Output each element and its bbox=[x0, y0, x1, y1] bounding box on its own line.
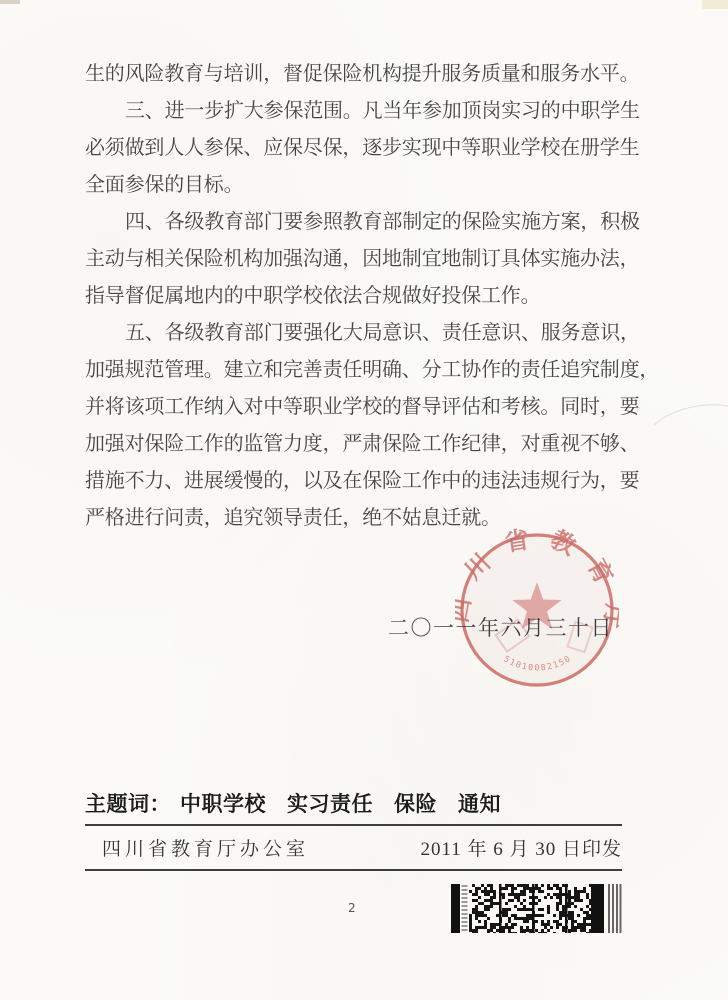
scan-artifact-top-right bbox=[702, 0, 728, 9]
scanned-document-page: 生的风险教育与培训，督促保险机构提升服务质量和服务水平。 三、进一步扩大参保范围… bbox=[0, 0, 728, 1000]
text-line: 主动与相关保险机构加强沟通，因地制宜地制订具体实施办法， bbox=[85, 241, 622, 278]
separator-rule-bottom bbox=[85, 869, 622, 871]
text-line: 必须做到人人参保、应保尽保，逐步实现中等职业学校在册学生 bbox=[85, 130, 622, 167]
text-line: 并将该项工作纳入对中等职业学校的督导评估和考核。同时，要 bbox=[85, 389, 622, 426]
text-line: 四、各级教育部门要参照教育部制定的保险实施方案，积极 bbox=[85, 204, 622, 241]
page-curl-shadow bbox=[642, 396, 728, 464]
text-line: 加强对保险工作的监管力度，严肃保险工作纪律，对重视不够、 bbox=[85, 426, 622, 463]
subject-keyword: 中职学校 bbox=[180, 793, 266, 816]
subject-keyword: 保险 bbox=[394, 793, 437, 816]
text-line: 三、进一步扩大参保范围。凡当年参加顶岗实习的中职学生 bbox=[85, 93, 622, 130]
text-line: 五、各级教育部门要强化大局意识、责任意识、服务意识， bbox=[85, 315, 622, 352]
subject-keywords-row: 主题词：中职学校实习责任保险通知 bbox=[85, 788, 501, 818]
official-seal: 四川省教育厅 5101008215020 bbox=[455, 528, 619, 692]
text-line: 指导督促属地内的中职学校依法合规做好投保工作。 bbox=[85, 278, 622, 315]
subject-keyword: 实习责任 bbox=[287, 793, 373, 816]
subject-label: 主题词： bbox=[85, 793, 171, 816]
barcode bbox=[451, 884, 622, 933]
scan-artifact-top-left bbox=[0, 0, 20, 4]
text-line: 全面参保的目标。 bbox=[85, 167, 622, 204]
separator-rule-top bbox=[85, 824, 622, 826]
page-number: 2 bbox=[348, 901, 356, 915]
text-line: 生的风险教育与培训，督促保险机构提升服务质量和服务水平。 bbox=[85, 56, 622, 93]
print-date: 2011 年 6 月 30 日印发 bbox=[420, 834, 622, 861]
text-line: 加强规范管理。建立和完善责任明确、分工协作的责任追究制度， bbox=[85, 352, 622, 389]
issuer-name: 四川省教育厅办公室 bbox=[102, 834, 309, 861]
body-text: 生的风险教育与培训，督促保险机构提升服务质量和服务水平。 三、进一步扩大参保范围… bbox=[85, 56, 622, 537]
text-line: 措施不力、进展缓慢的，以及在保险工作中的违法违规行为，要 bbox=[85, 463, 622, 500]
subject-keyword: 通知 bbox=[458, 793, 501, 816]
